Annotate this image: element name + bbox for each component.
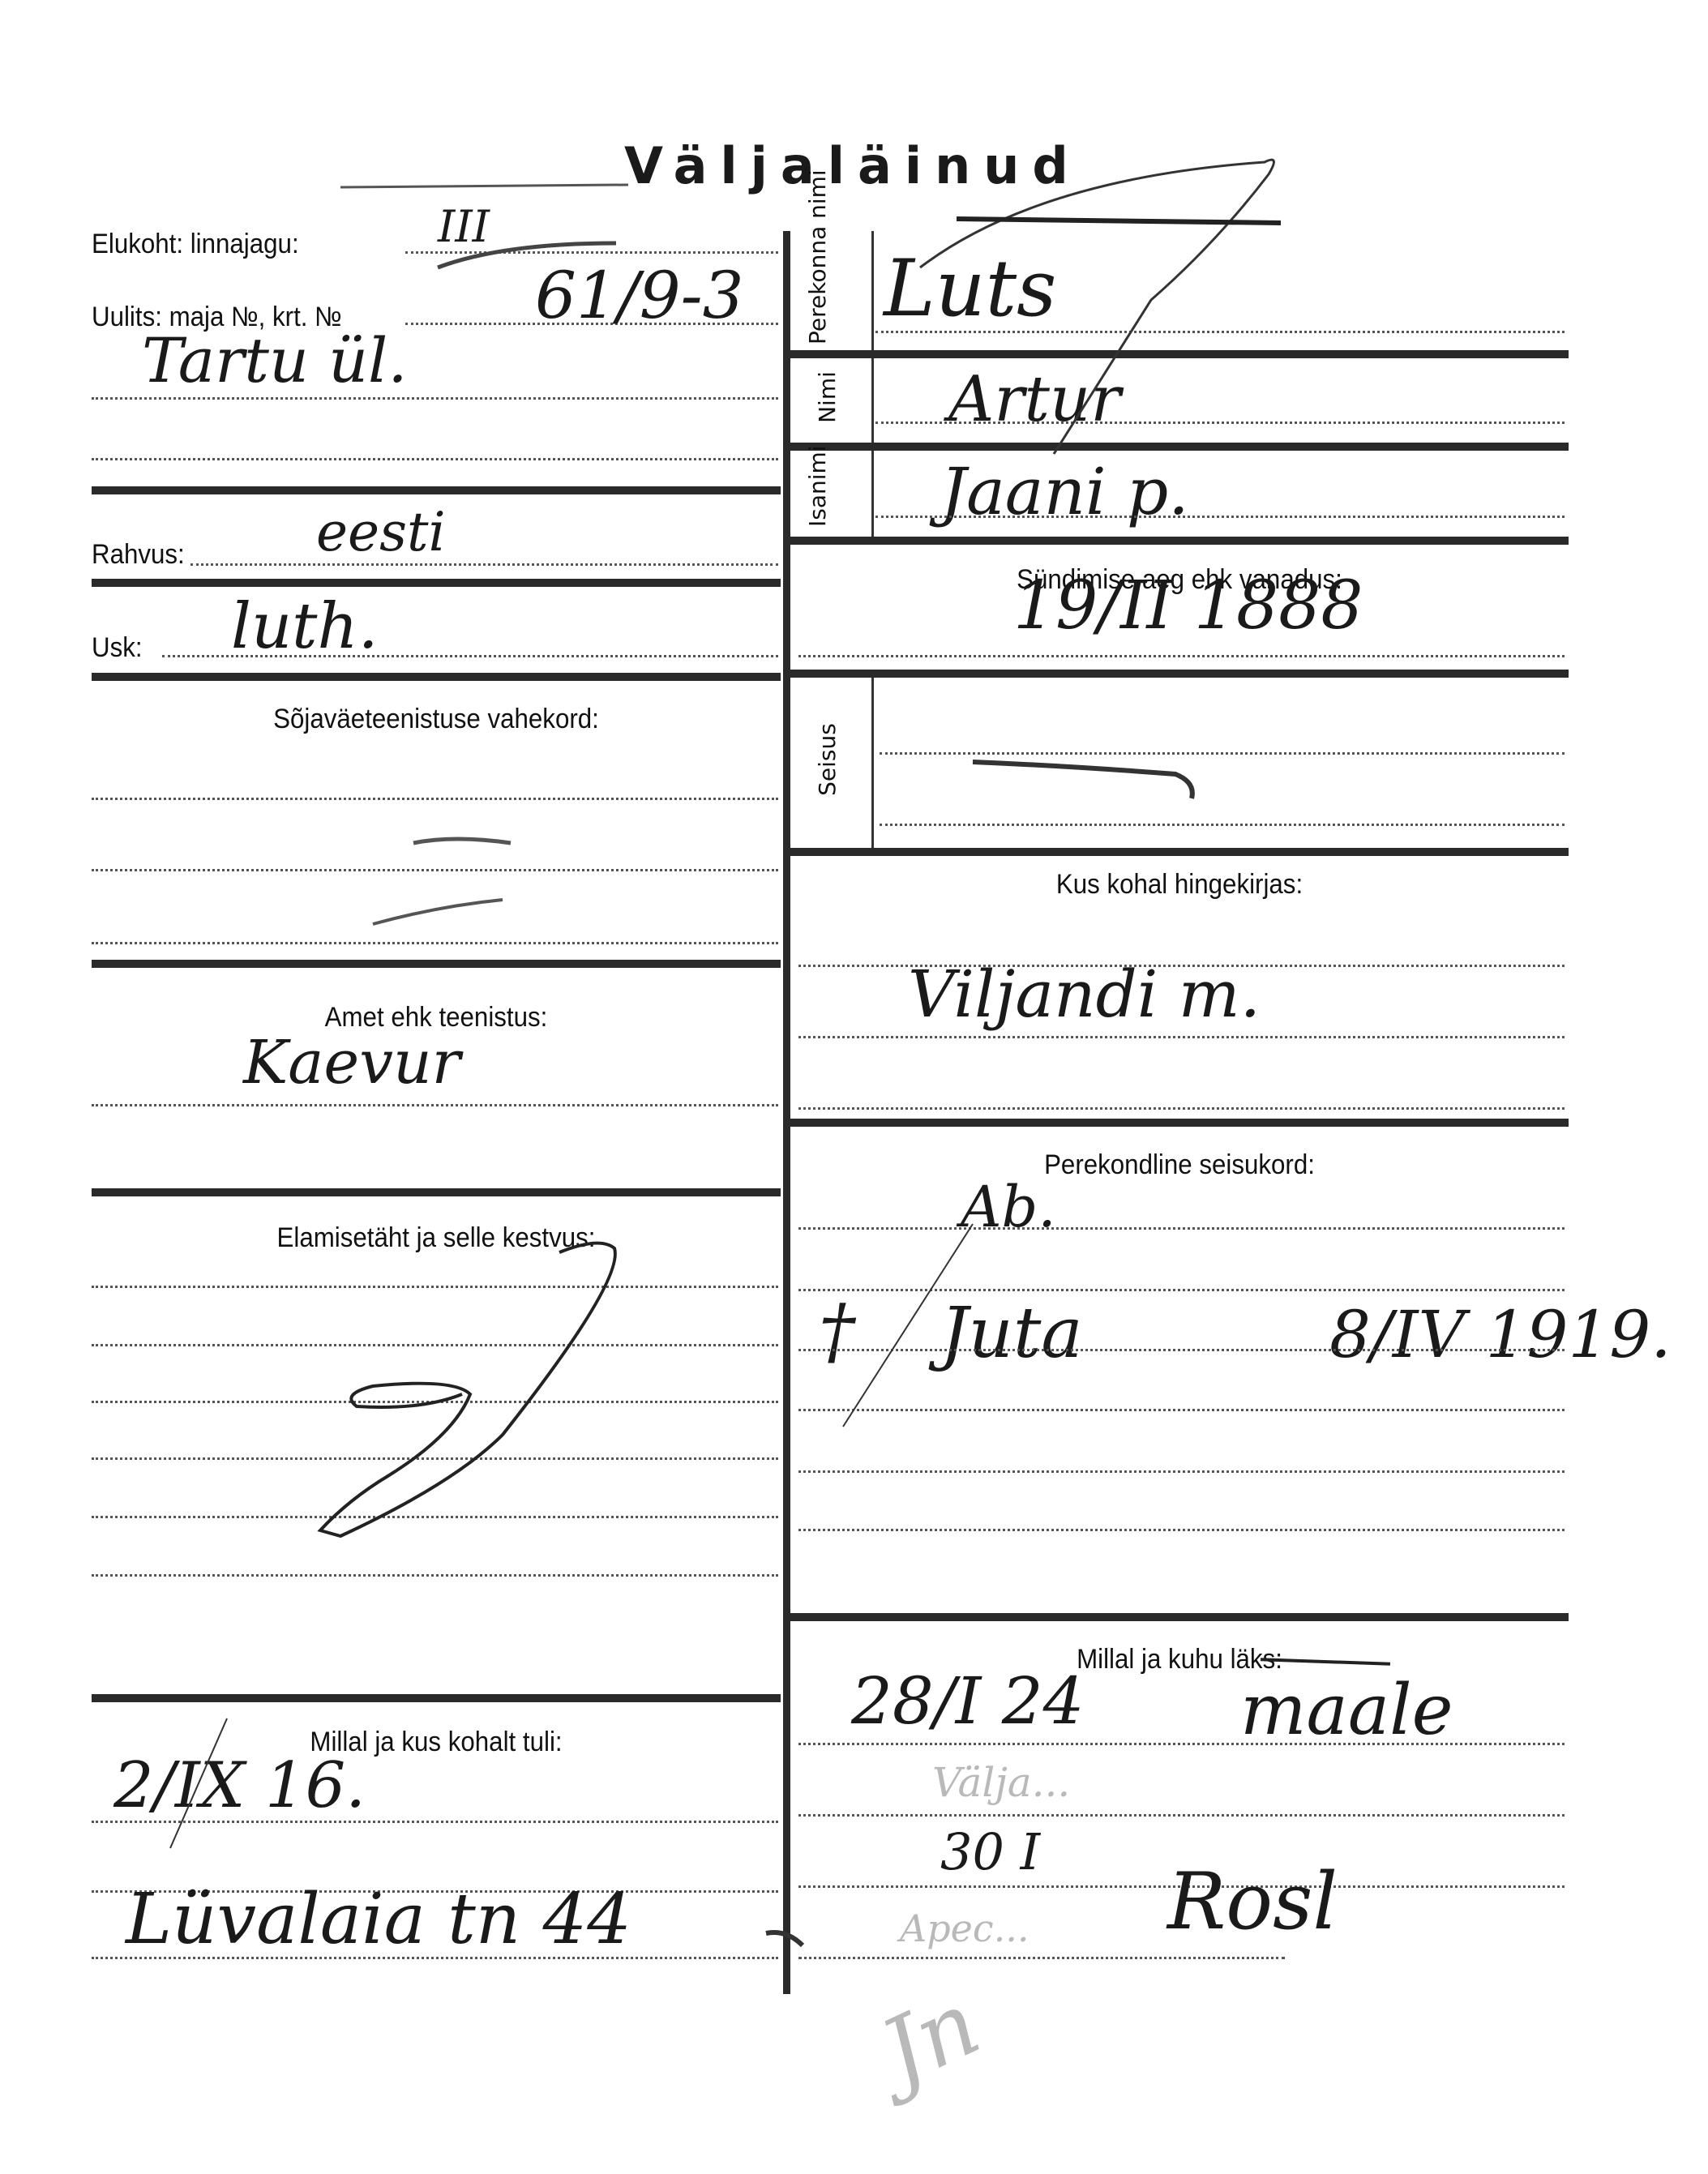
handwriting-strokes — [0, 0, 1708, 2174]
